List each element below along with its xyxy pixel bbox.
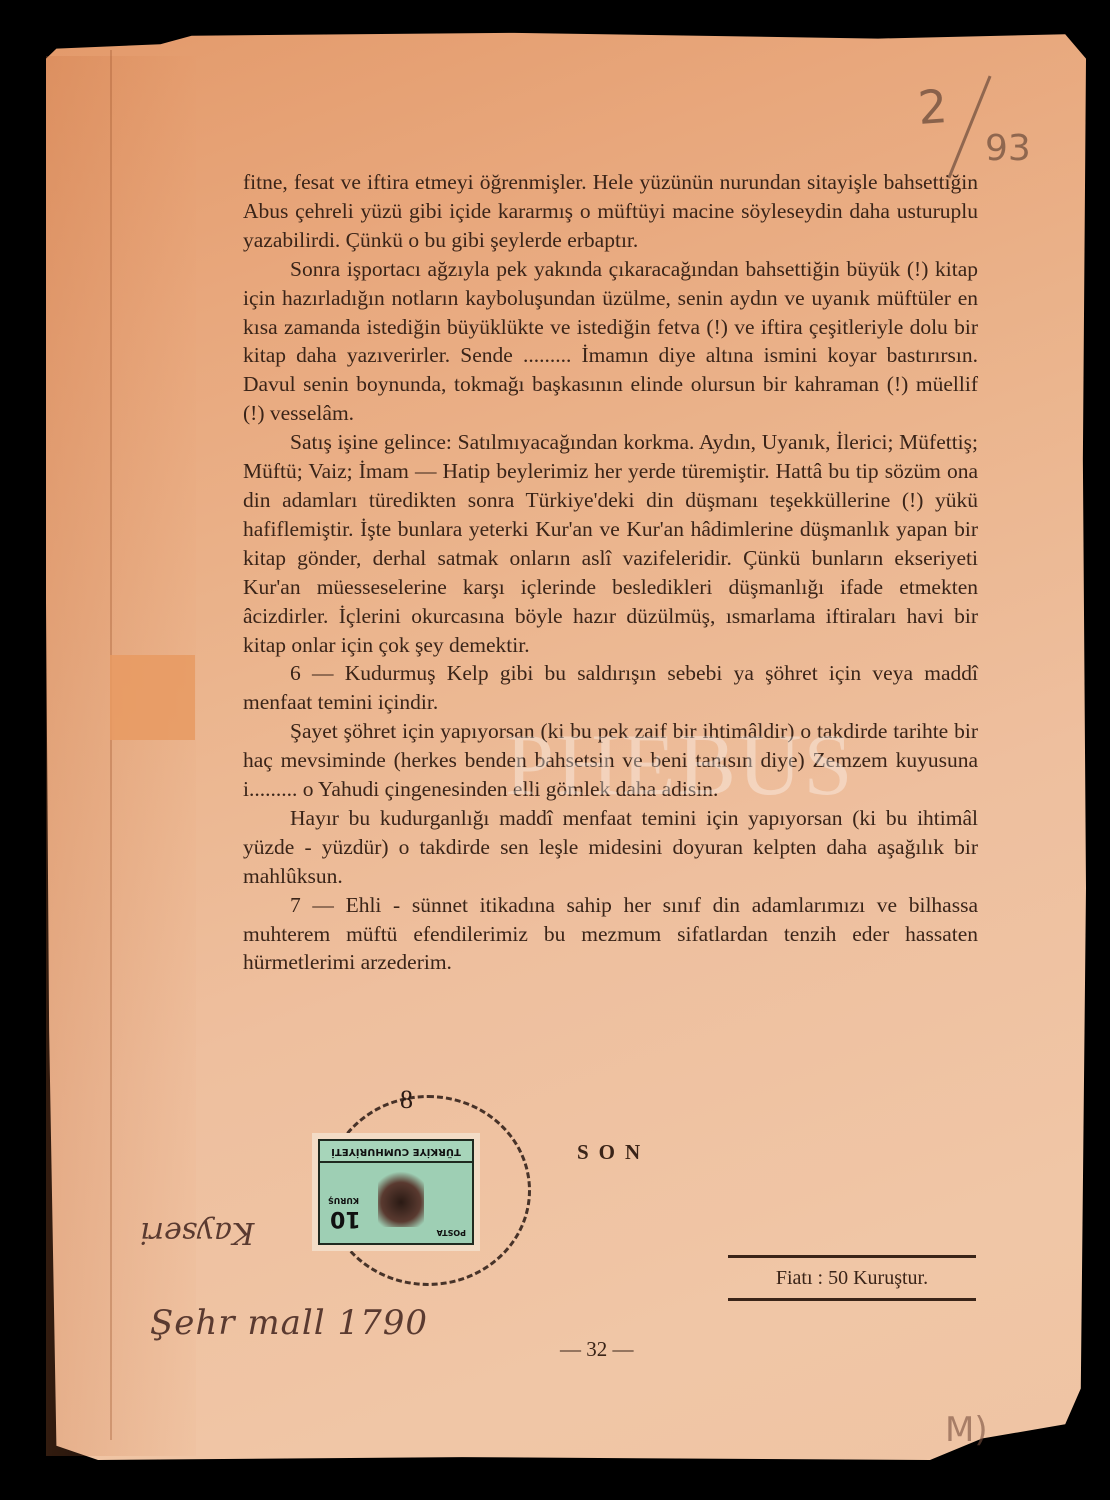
stamp-face: POSTA 10 KURUŞ TÜRKİYE CUMHURİYETİ xyxy=(318,1139,474,1245)
handwritten-page-count: 2 xyxy=(916,79,949,135)
postage-stamp: POSTA 10 KURUŞ TÜRKİYE CUMHURİYETİ xyxy=(312,1133,480,1251)
stamp-value: 10 xyxy=(330,1206,361,1231)
paragraph: Hayır bu kudurganlığı maddî menfaat temi… xyxy=(243,804,978,891)
stamp-label: POSTA xyxy=(437,1228,466,1237)
handwritten-page-total: 93 xyxy=(985,128,1031,169)
watermark: PHEBUS xyxy=(505,715,854,816)
page-number: — 32 — xyxy=(560,1337,634,1362)
paragraph: 7 — Ehli - sünnet itikadına sahip her sı… xyxy=(243,891,978,978)
handwritten-corner-mark: M) xyxy=(945,1410,988,1450)
handwritten-note-city: Kayseri xyxy=(140,1215,254,1250)
price-label: Fiatı : 50 Kuruştur. xyxy=(728,1255,976,1301)
postmark-digit: 8 xyxy=(400,1085,413,1115)
stamp-currency: KURUŞ xyxy=(328,1196,359,1205)
page-fold-line xyxy=(110,50,112,1440)
stamp-country: TÜRKİYE CUMHURİYETİ xyxy=(320,1141,472,1163)
stamp-figure-icon xyxy=(378,1165,424,1227)
paragraph: fitne, fesat ve iftira etmeyi öğrenmişle… xyxy=(243,168,978,255)
paragraph: 6 — Kudurmuş Kelp gibi bu saldırışın seb… xyxy=(243,659,978,717)
paragraph: Satış işine gelince: Satılmıyacağından k… xyxy=(243,428,978,659)
handwritten-note: Şehr mall 1790 xyxy=(150,1303,428,1343)
body-text: fitne, fesat ve iftira etmeyi öğrenmişle… xyxy=(243,168,978,977)
tape-residue xyxy=(110,655,195,740)
end-mark: SON xyxy=(577,1140,650,1165)
paragraph: Sonra işportacı ağzıyla pek yakında çıka… xyxy=(243,255,978,428)
